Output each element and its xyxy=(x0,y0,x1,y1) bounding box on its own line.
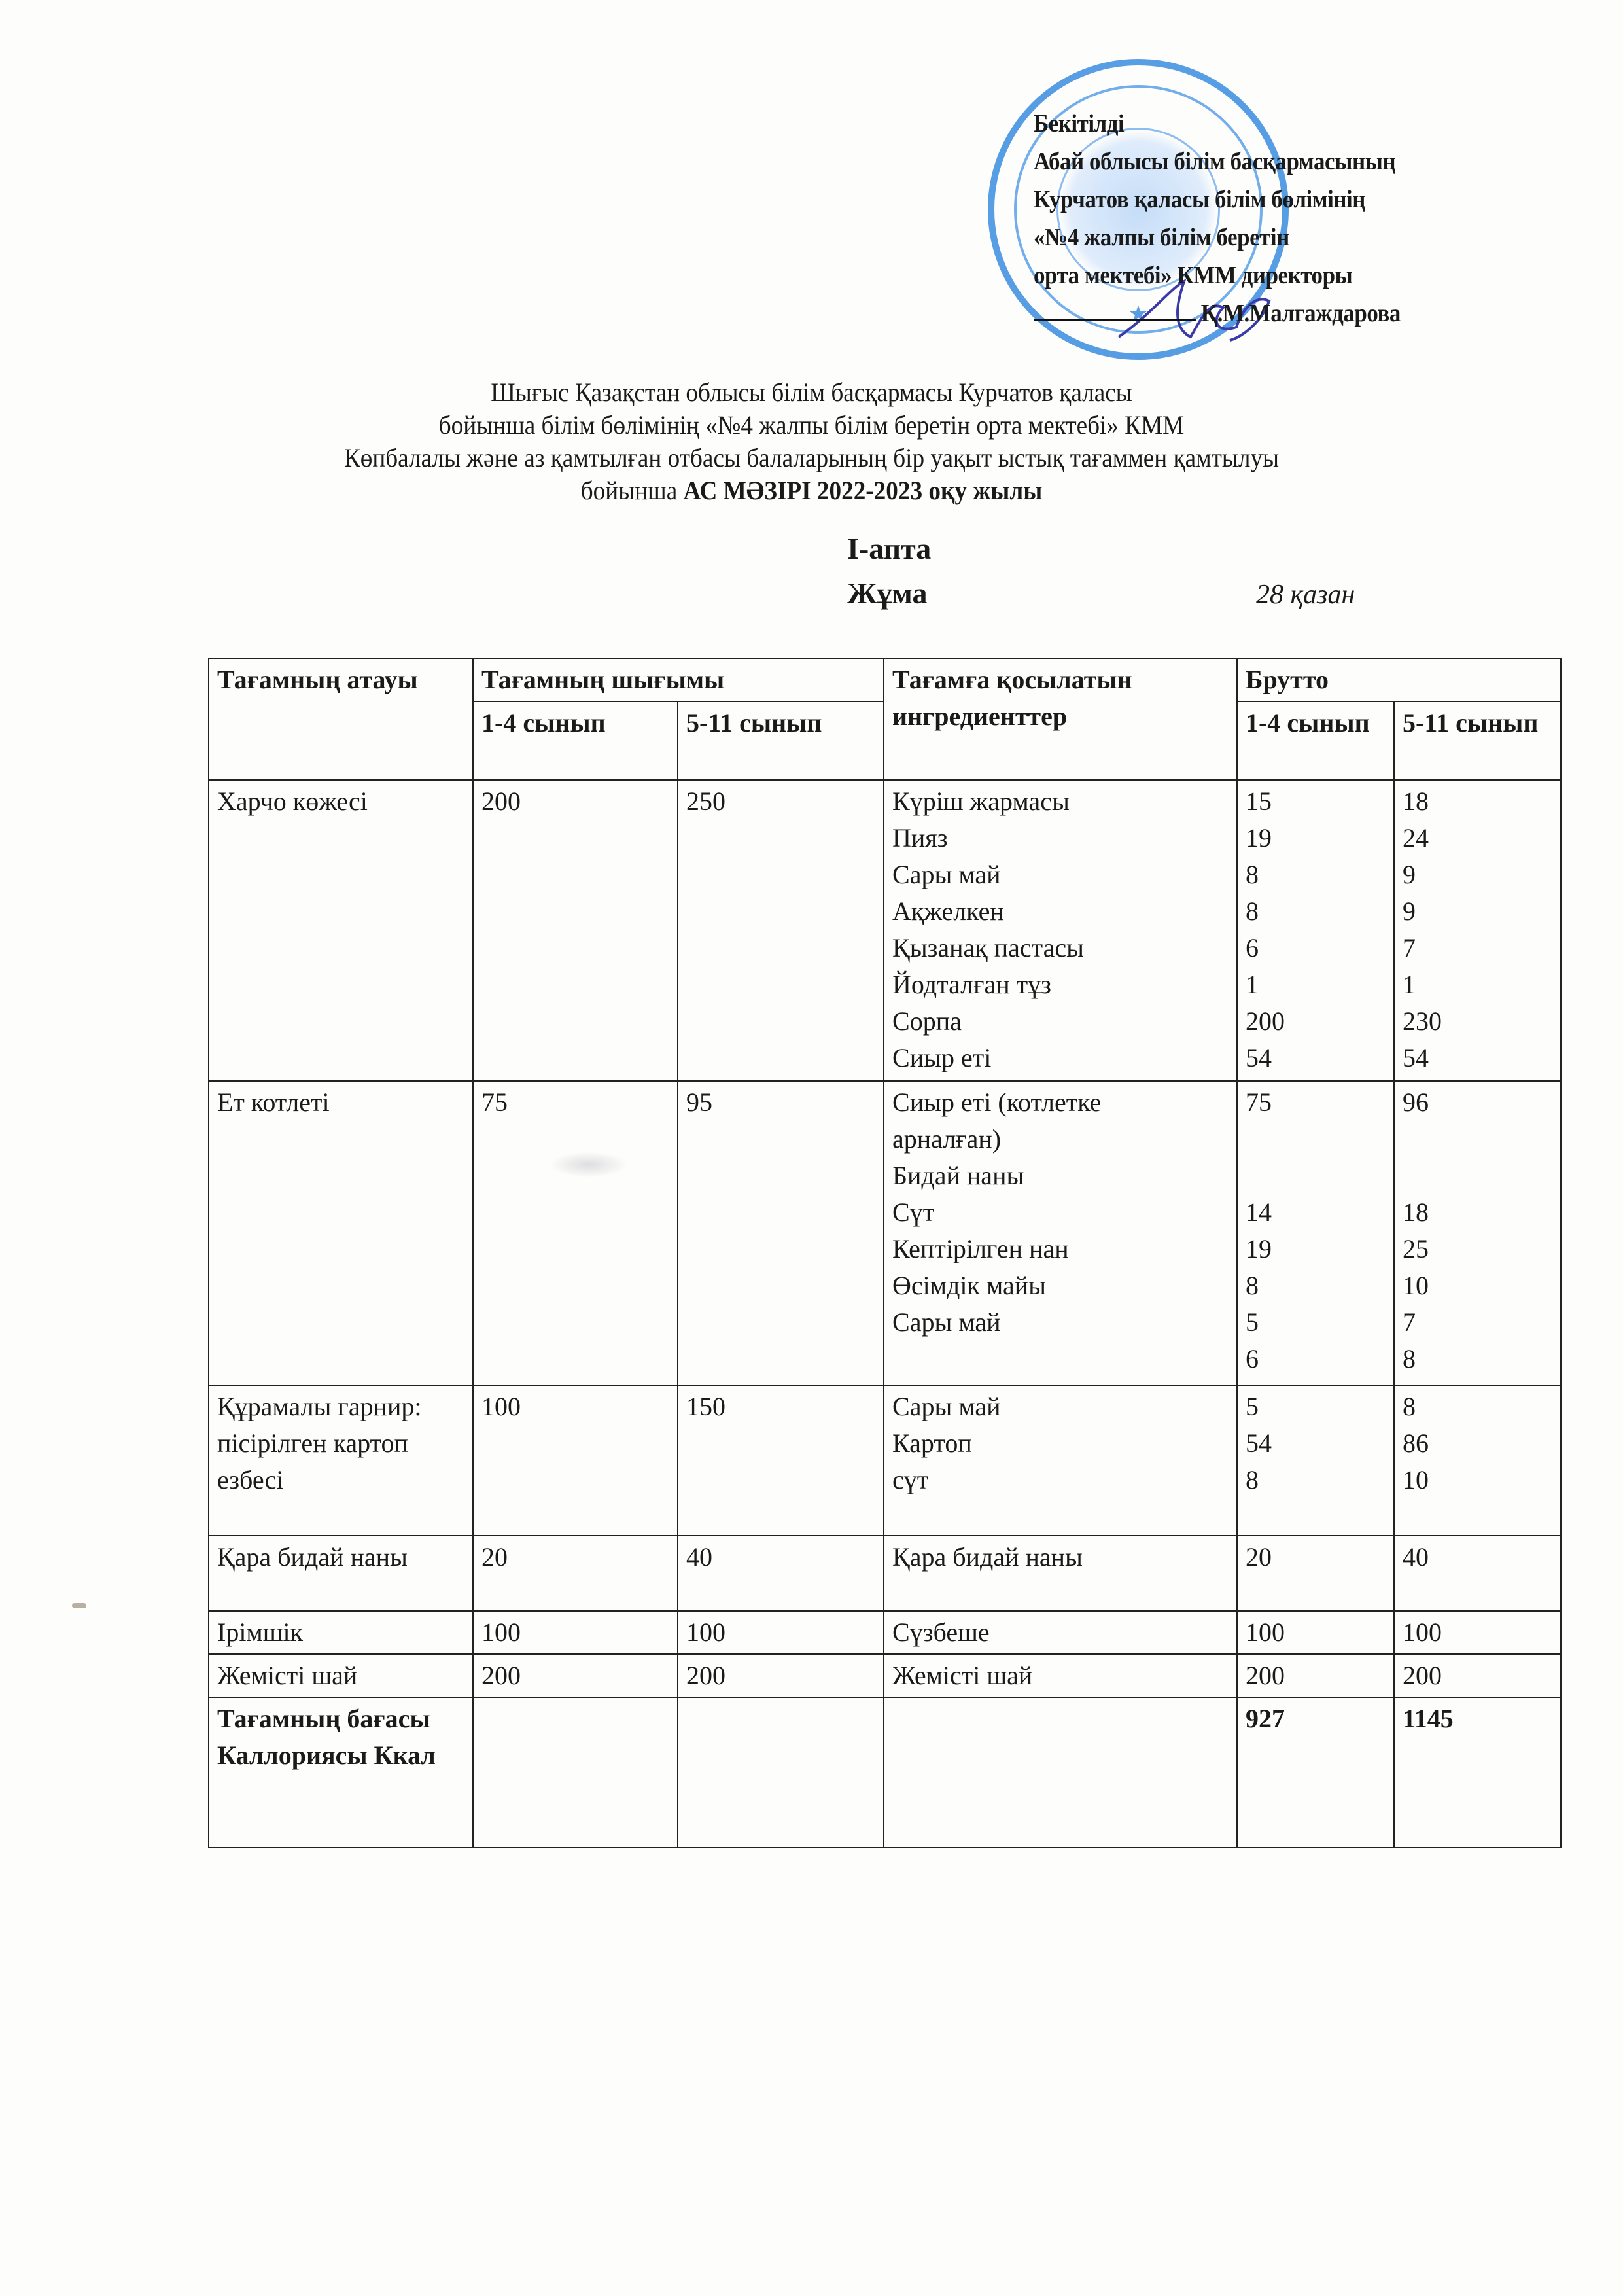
approval-heading: Бекітілді xyxy=(1034,105,1401,143)
ingredient: Йодталған тұз xyxy=(892,966,1229,1003)
gross-value: 8 xyxy=(1246,857,1386,893)
dish-name: Жемісті шай xyxy=(209,1654,473,1697)
gross-value: 7 xyxy=(1403,1304,1552,1341)
gross-5-11-list: 200 xyxy=(1394,1654,1561,1697)
gross-value: 5 xyxy=(1246,1388,1386,1425)
gross-value: 24 xyxy=(1403,820,1552,857)
dish-name: Харчо көжесі xyxy=(209,780,473,1081)
gross-value xyxy=(1246,1121,1386,1157)
gross-value xyxy=(1403,1157,1552,1194)
yield-5-11: 150 xyxy=(678,1385,884,1536)
gross-value: 19 xyxy=(1246,820,1386,857)
gross-value: 86 xyxy=(1403,1425,1552,1462)
ingredient: арналған) xyxy=(892,1121,1229,1157)
header-yield-5-11: 5-11 сынып xyxy=(678,701,884,780)
approval-line: «№4 жалпы білім беретін xyxy=(1034,219,1401,256)
gross-5-11-list: 100 xyxy=(1394,1611,1561,1654)
yield-5-11: 40 xyxy=(678,1536,884,1611)
gross-1-4-list: 5548 xyxy=(1237,1385,1394,1536)
header-yield-1-4: 1-4 сынып xyxy=(473,701,678,780)
gross-value: 19 xyxy=(1246,1231,1386,1267)
gross-1-4-list: 751419856 xyxy=(1237,1081,1394,1385)
gross-value: 230 xyxy=(1403,1003,1552,1040)
header-dish-name: Тағамның атауы xyxy=(209,658,473,780)
approval-line: орта мектебі» КММ директоры xyxy=(1034,256,1401,294)
total-empty xyxy=(884,1697,1237,1848)
ingredient: Пияз xyxy=(892,820,1229,857)
menu-title: АС МӘЗІРІ 2022-2023 оқу жылы xyxy=(684,476,1043,505)
ingredient: Сиыр еті (котлетке xyxy=(892,1084,1229,1121)
title-line: Шығыс Қазақстан облысы білім басқармасы … xyxy=(57,376,1566,409)
gross-value: 75 xyxy=(1246,1084,1386,1121)
ingredient-list: Қара бидай наны xyxy=(884,1536,1237,1611)
scan-smudge xyxy=(550,1152,628,1178)
gross-5-11-list: 40 xyxy=(1394,1536,1561,1611)
gross-value: 54 xyxy=(1246,1425,1386,1462)
dish-name: Ет котлеті xyxy=(209,1081,473,1385)
approval-line: Абай облысы білім басқармасының xyxy=(1034,143,1401,181)
ingredient xyxy=(892,1341,1229,1377)
ingredient: Жемісті шай xyxy=(892,1657,1229,1694)
ingredient-list: Жемісті шай xyxy=(884,1654,1237,1697)
gross-value: 54 xyxy=(1403,1040,1552,1076)
gross-value: 8 xyxy=(1246,893,1386,930)
ingredient: Сүт xyxy=(892,1194,1229,1231)
approval-block: Бекітілді Абай облысы білім басқармасыны… xyxy=(1034,105,1401,332)
ingredient: Сиыр еті xyxy=(892,1040,1229,1076)
date-label: 28 қазан xyxy=(1256,579,1355,610)
gross-value xyxy=(1403,1121,1552,1157)
ingredient: Картоп xyxy=(892,1425,1229,1462)
header-gross: Брутто xyxy=(1237,658,1561,701)
gross-1-4-list: 1519886120054 xyxy=(1237,780,1394,1081)
title-line: Көпбалалы және аз қамтылған отбасы балал… xyxy=(57,442,1566,474)
table-row: Жемісті шай200200Жемісті шай200200 xyxy=(209,1654,1561,1697)
header-ingredients: Тағамға қосылатын ингредиенттер xyxy=(884,658,1237,780)
ingredient: сүт xyxy=(892,1462,1229,1498)
ingredient: Сары май xyxy=(892,857,1229,893)
total-gross-1-4: 927 xyxy=(1237,1697,1394,1848)
gross-value: 9 xyxy=(1403,893,1552,930)
ingredient-list: Сары майКартопсүт xyxy=(884,1385,1237,1536)
gross-5-11-list: 88610 xyxy=(1394,1385,1561,1536)
gross-value: 6 xyxy=(1246,1341,1386,1377)
gross-5-11-list: 9618251078 xyxy=(1394,1081,1561,1385)
ingredient: Өсімдік майы xyxy=(892,1267,1229,1304)
total-empty xyxy=(473,1697,678,1848)
menu-table: Тағамның атауы Тағамның шығымы Тағамға қ… xyxy=(208,658,1562,1848)
gross-value: 8 xyxy=(1246,1267,1386,1304)
title-line: бойынша білім бөлімінің «№4 жалпы білім … xyxy=(57,409,1566,442)
gross-value: 100 xyxy=(1403,1614,1552,1651)
document-title: Шығыс Қазақстан облысы білім басқармасы … xyxy=(57,376,1566,507)
header-yield: Тағамның шығымы xyxy=(473,658,884,701)
gross-value: 6 xyxy=(1246,930,1386,966)
table-row: Ет котлеті7595Сиыр еті (котлеткеарналған… xyxy=(209,1081,1561,1385)
gross-value: 200 xyxy=(1403,1657,1552,1694)
signature-line xyxy=(1034,319,1196,321)
dish-name: Құрамалы гарнир: пісірілген картоп езбес… xyxy=(209,1385,473,1536)
gross-value: 10 xyxy=(1403,1267,1552,1304)
gross-value: 40 xyxy=(1403,1539,1552,1576)
gross-5-11-list: 1824997123054 xyxy=(1394,780,1561,1081)
yield-1-4: 75 xyxy=(473,1081,678,1385)
gross-1-4-list: 100 xyxy=(1237,1611,1394,1654)
ingredient-list: Сиыр еті (котлеткеарналған)Бидай наныСүт… xyxy=(884,1081,1237,1385)
yield-5-11: 250 xyxy=(678,780,884,1081)
ingredient: Қызанақ пастасы xyxy=(892,930,1229,966)
gross-value: 1 xyxy=(1246,966,1386,1003)
gross-value: 96 xyxy=(1403,1084,1552,1121)
gross-value: 18 xyxy=(1403,783,1552,820)
yield-5-11: 95 xyxy=(678,1081,884,1385)
ingredient: Сорпа xyxy=(892,1003,1229,1040)
ingredient: Сары май xyxy=(892,1388,1229,1425)
gross-value: 1 xyxy=(1403,966,1552,1003)
ingredient: Сүзбеше xyxy=(892,1614,1229,1651)
gross-value: 54 xyxy=(1246,1040,1386,1076)
yield-1-4: 200 xyxy=(473,1654,678,1697)
week-label: І-апта xyxy=(847,531,931,566)
gross-value: 5 xyxy=(1246,1304,1386,1341)
table-row: Ірімшік100100Сүзбеше100100 xyxy=(209,1611,1561,1654)
total-label: Тағамның бағасы Каллориясы Ккал xyxy=(209,1697,473,1848)
gross-value: 18 xyxy=(1403,1194,1552,1231)
gross-value: 15 xyxy=(1246,783,1386,820)
gross-value: 8 xyxy=(1403,1388,1552,1425)
gross-1-4-list: 200 xyxy=(1237,1654,1394,1697)
ingredient: Кептірілген нан xyxy=(892,1231,1229,1267)
ingredient: Бидай наны xyxy=(892,1157,1229,1194)
gross-value: 20 xyxy=(1246,1539,1386,1576)
ingredient-list: Күріш жармасыПиязСары майАқжелкенҚызанақ… xyxy=(884,780,1237,1081)
ingredient: Сары май xyxy=(892,1304,1229,1341)
gross-value: 8 xyxy=(1246,1462,1386,1498)
gross-value: 9 xyxy=(1403,857,1552,893)
yield-5-11: 200 xyxy=(678,1654,884,1697)
table-row: Харчо көжесі200250Күріш жармасыПиязСары … xyxy=(209,780,1561,1081)
ingredient: Күріш жармасы xyxy=(892,783,1229,820)
scan-spot xyxy=(72,1603,86,1608)
yield-1-4: 20 xyxy=(473,1536,678,1611)
header-gross-1-4: 1-4 сынып xyxy=(1237,701,1394,780)
gross-value: 10 xyxy=(1403,1462,1552,1498)
approval-line: Курчатов қаласы білім бөлімінің xyxy=(1034,181,1401,219)
ingredient-list: Сүзбеше xyxy=(884,1611,1237,1654)
table-row: Құрамалы гарнир: пісірілген картоп езбес… xyxy=(209,1385,1561,1536)
gross-value: 7 xyxy=(1403,930,1552,966)
gross-value: 200 xyxy=(1246,1657,1386,1694)
yield-1-4: 200 xyxy=(473,780,678,1081)
yield-1-4: 100 xyxy=(473,1611,678,1654)
gross-value xyxy=(1246,1157,1386,1194)
gross-value: 25 xyxy=(1403,1231,1552,1267)
dish-name: Қара бидай наны xyxy=(209,1536,473,1611)
gross-value: 100 xyxy=(1246,1614,1386,1651)
gross-value: 8 xyxy=(1403,1341,1552,1377)
yield-5-11: 100 xyxy=(678,1611,884,1654)
day-label: Жұма xyxy=(847,576,928,610)
total-gross-5-11: 1145 xyxy=(1394,1697,1561,1848)
signatory-name: Қ.М.Малгаждарова xyxy=(1201,300,1401,327)
gross-value: 14 xyxy=(1246,1194,1386,1231)
ingredient: Ақжелкен xyxy=(892,893,1229,930)
header-gross-5-11: 5-11 сынып xyxy=(1394,701,1561,780)
gross-value: 200 xyxy=(1246,1003,1386,1040)
dish-name: Ірімшік xyxy=(209,1611,473,1654)
ingredient: Қара бидай наны xyxy=(892,1539,1229,1576)
title-line: бойынша xyxy=(581,476,684,505)
gross-1-4-list: 20 xyxy=(1237,1536,1394,1611)
table-row: Қара бидай наны2040Қара бидай наны2040 xyxy=(209,1536,1561,1611)
total-empty xyxy=(678,1697,884,1848)
yield-1-4: 100 xyxy=(473,1385,678,1536)
